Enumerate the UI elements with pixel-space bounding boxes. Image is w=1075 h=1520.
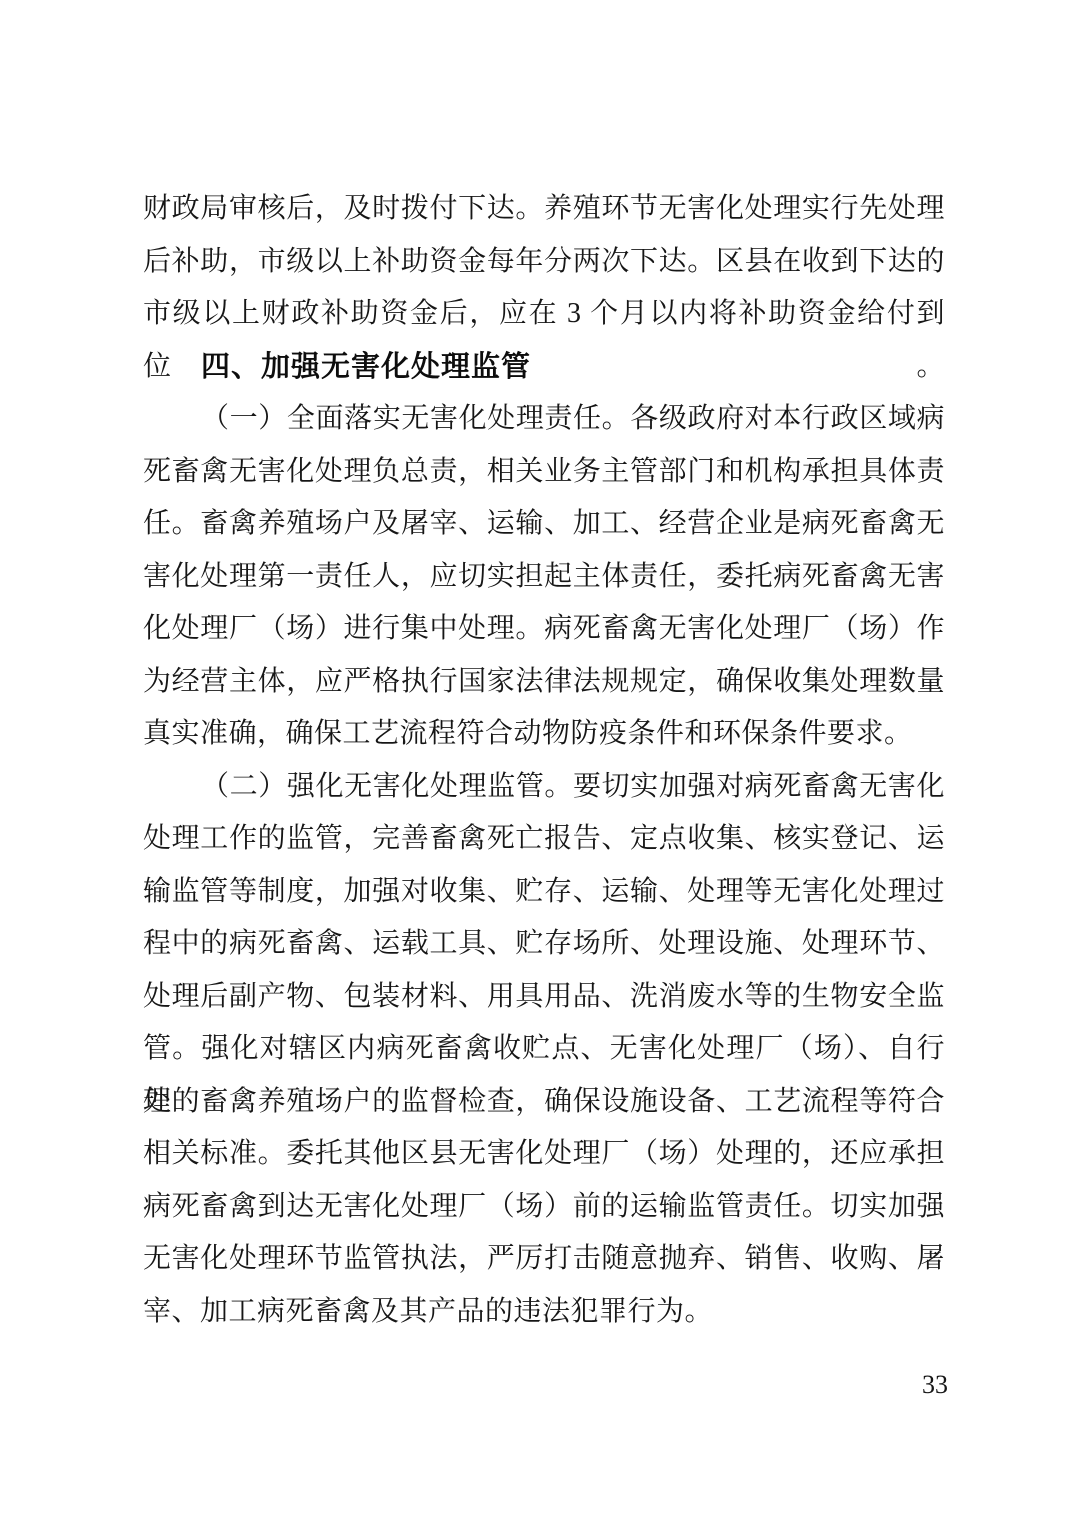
text-line: 宰、加工病死畜禽及其产品的违法犯罪行为。 xyxy=(143,1286,945,1339)
text-line: 理的畜禽养殖场户的监督检查，确保设施设备、工艺流程等符合 xyxy=(143,1076,945,1129)
text-line: 程中的病死畜禽、运载工具、贮存场所、处理设施、处理环节、 xyxy=(143,918,945,971)
text-line: 病死畜禽到达无害化处理厂（场）前的运输监管责任。切实加强 xyxy=(143,1181,945,1234)
text-line: 真实准确，确保工艺流程符合动物防疫条件和环保条件要求。 xyxy=(143,708,945,761)
text-line: 无害化处理环节监管执法，严厉打击随意抛弃、销售、收购、屠 xyxy=(143,1233,945,1286)
document-body: 财政局审核后，及时拨付下达。养殖环节无害化处理实行先处理后补助，市级以上补助资金… xyxy=(143,183,945,1338)
text-line: （一）全面落实无害化处理责任。各级政府对本行政区域病 xyxy=(143,393,945,446)
text-line: 输监管等制度，加强对收集、贮存、运输、处理等无害化处理过 xyxy=(143,866,945,919)
text-line: 害化处理第一责任人，应切实担起主体责任，委托病死畜禽无害 xyxy=(143,551,945,604)
text-line: 处理后副产物、包装材料、用具用品、洗消废水等的生物安全监 xyxy=(143,971,945,1024)
page-number: 33 xyxy=(900,1368,970,1402)
text-line: 相关标准。委托其他区县无害化处理厂（场）处理的，还应承担 xyxy=(143,1128,945,1181)
text-line: 市级以上财政补助资金后，应在 3 个月以内将补助资金给付到位。 xyxy=(143,288,945,341)
text-line: 为经营主体，应严格执行国家法律法规规定，确保收集处理数量 xyxy=(143,656,945,709)
document-page: 财政局审核后，及时拨付下达。养殖环节无害化处理实行先处理后补助，市级以上补助资金… xyxy=(0,0,1075,1520)
text-line: （二）强化无害化处理监管。要切实加强对病死畜禽无害化 xyxy=(143,761,945,814)
text-line: 任。畜禽养殖场户及屠宰、运输、加工、经营企业是病死畜禽无 xyxy=(143,498,945,551)
text-line: 死畜禽无害化处理负总责，相关业务主管部门和机构承担具体责 xyxy=(143,446,945,499)
text-line: 财政局审核后，及时拨付下达。养殖环节无害化处理实行先处理 xyxy=(143,183,945,236)
text-line: 管。强化对辖区内病死畜禽收贮点、无害化处理厂（场）、自行处 xyxy=(143,1023,945,1076)
text-line: 化处理厂（场）进行集中处理。病死畜禽无害化处理厂（场）作 xyxy=(143,603,945,656)
text-line: 后补助，市级以上补助资金每年分两次下达。区县在收到下达的 xyxy=(143,236,945,289)
text-line: 处理工作的监管，完善畜禽死亡报告、定点收集、核实登记、运 xyxy=(143,813,945,866)
